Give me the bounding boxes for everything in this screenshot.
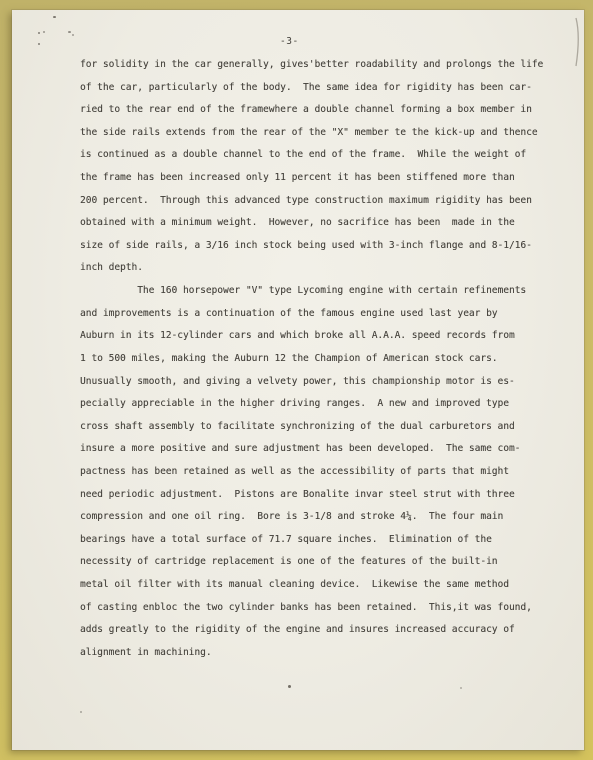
text-line: metal oil filter with its manual cleanin…	[80, 574, 562, 597]
text-line: pecially appreciable in the higher drivi…	[80, 393, 562, 416]
text-line: obtained with a minimum weight. However,…	[80, 212, 562, 235]
text-line: is continued as a double channel to the …	[80, 144, 562, 167]
ink-speck	[460, 687, 462, 689]
text-line: size of side rails, a 3/16 inch stock be…	[80, 235, 562, 258]
ink-speck	[43, 31, 45, 33]
text-line: The 160 horsepower "V" type Lycoming eng…	[80, 280, 562, 303]
text-line: insure a more positive and sure adjustme…	[80, 438, 562, 461]
corner-crease	[567, 16, 581, 68]
text-line: pactness has been retained as well as th…	[80, 461, 562, 484]
text-line: alignment in machining.	[80, 642, 562, 665]
text-line: of casting enbloc the two cylinder banks…	[80, 597, 562, 620]
text-line: the side rails extends from the rear of …	[80, 122, 562, 145]
ink-speck	[53, 16, 56, 18]
text-line: cross shaft assembly to facilitate synch…	[80, 416, 562, 439]
text-line: of the car, particularly of the body. Th…	[80, 77, 562, 100]
text-line: necessity of cartridge replacement is on…	[80, 551, 562, 574]
text-line: for solidity in the car generally, gives…	[80, 54, 562, 77]
ink-speck	[72, 34, 74, 36]
text-line: 1 to 500 miles, making the Auburn 12 the…	[80, 348, 562, 371]
text-line: inch depth.	[80, 257, 562, 280]
text-line: bearings have a total surface of 71.7 sq…	[80, 529, 562, 552]
document-page: -3- for solidity in the car generally, g…	[12, 10, 584, 750]
text-line: adds greatly to the rigidity of the engi…	[80, 619, 562, 642]
text-line: Auburn in its 12-cylinder cars and which…	[80, 325, 562, 348]
text-line: compression and one oil ring. Bore is 3-…	[80, 506, 562, 529]
text-line: ried to the rear end of the framewhere a…	[80, 99, 562, 122]
document-body-text: for solidity in the car generally, gives…	[80, 54, 562, 664]
ink-speck	[80, 711, 82, 713]
ink-speck	[38, 43, 40, 45]
ink-speck	[38, 32, 40, 34]
text-line: and improvements is a continuation of th…	[80, 303, 562, 326]
text-line: the frame has been increased only 11 per…	[80, 167, 562, 190]
text-line: Unusually smooth, and giving a velvety p…	[80, 371, 562, 394]
scanned-document-background: { "page": { "page_number": "-3-", "lines…	[0, 0, 593, 760]
text-line: 200 percent. Through this advanced type …	[80, 190, 562, 213]
text-line: need periodic adjustment. Pistons are Bo…	[80, 484, 562, 507]
ink-speck	[68, 31, 71, 33]
page-number: -3-	[280, 36, 299, 47]
ink-speck	[288, 685, 291, 688]
